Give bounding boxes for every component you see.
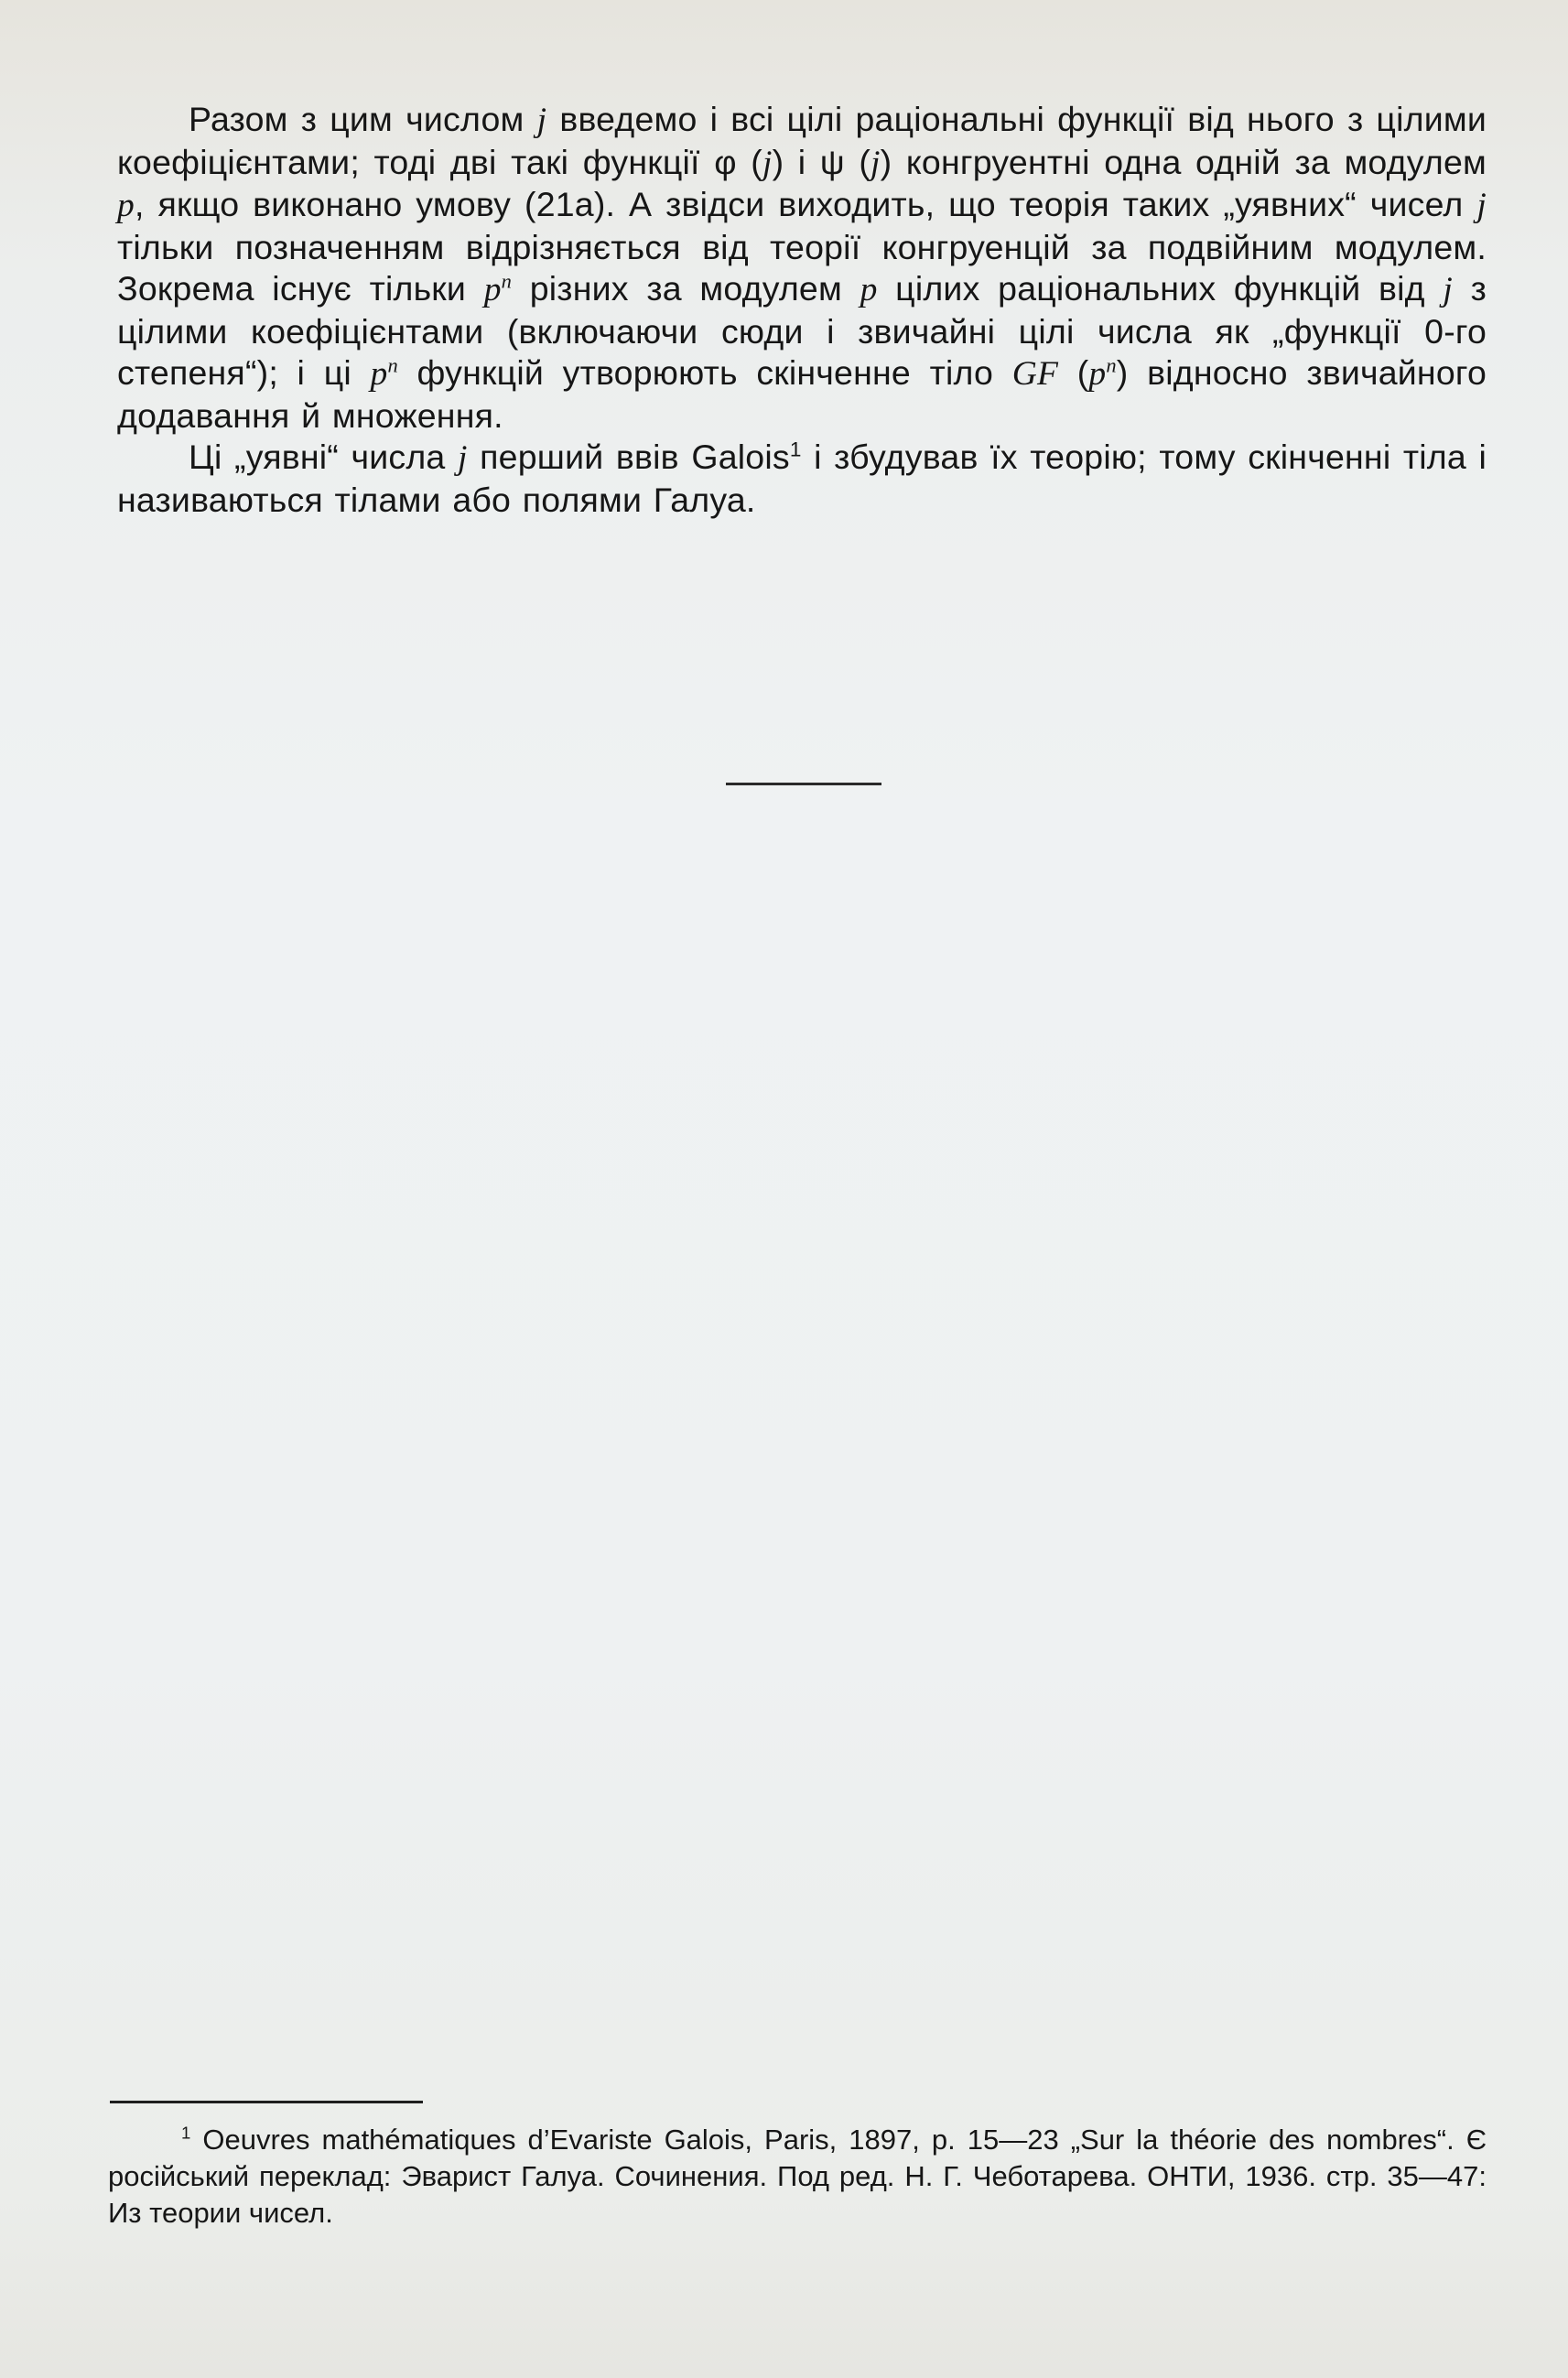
text-run: ) і ψ ( [773, 143, 871, 181]
text-run: функцій утворюють скінченне тіло [398, 353, 1012, 392]
math-symbol-j: j [1476, 187, 1487, 224]
page-body: Разом з цим числом j введемо і всі цілі … [117, 99, 1487, 521]
math-symbol-j: j [537, 102, 547, 139]
math-symbol-p: p [1088, 355, 1106, 393]
math-symbol-p: p [484, 271, 502, 308]
math-symbol-p: p [117, 187, 135, 224]
text-run: Разом з цим числом [189, 100, 537, 138]
math-symbol-p: p [371, 355, 388, 393]
text-run: різних за модулем [512, 269, 860, 308]
footnote: 1 Oeuvres mathématiques d’Evariste Galoi… [108, 2122, 1487, 2232]
text-run: ( [1058, 353, 1088, 392]
paragraph-galois-fields: Ці „уявні“ числа j перший ввів Galois1 і… [117, 437, 1487, 521]
math-exponent-n: n [502, 270, 512, 293]
math-symbol-j: j [762, 145, 773, 182]
footnote-marker: 1 [181, 2124, 190, 2143]
text-run: Ці „уявні“ числа [189, 438, 458, 476]
math-symbol-j: j [871, 145, 881, 182]
math-symbol-gf: GF [1012, 355, 1058, 393]
math-exponent-n: n [1106, 354, 1116, 377]
text-run: ) конгруентні одна одній за модулем [881, 143, 1487, 181]
text-run: перший ввів Galois [468, 438, 790, 476]
footnote-reference[interactable]: 1 [790, 438, 802, 461]
paragraph-galois-imaginary-numbers: Разом з цим числом j введемо і всі цілі … [117, 99, 1487, 437]
math-exponent-n: n [387, 354, 397, 377]
math-symbol-j: j [1443, 271, 1453, 308]
section-divider [726, 783, 881, 785]
math-symbol-p: p [860, 271, 878, 308]
footnote-text: Oeuvres mathématiques d’Evariste Galois,… [108, 2124, 1487, 2229]
text-run: , якщо виконано умову (21a). А звідси ви… [135, 185, 1476, 223]
text-run: цілих раціональних функцій від [878, 269, 1444, 308]
footnote-rule [110, 2101, 423, 2103]
math-symbol-j: j [458, 439, 468, 477]
